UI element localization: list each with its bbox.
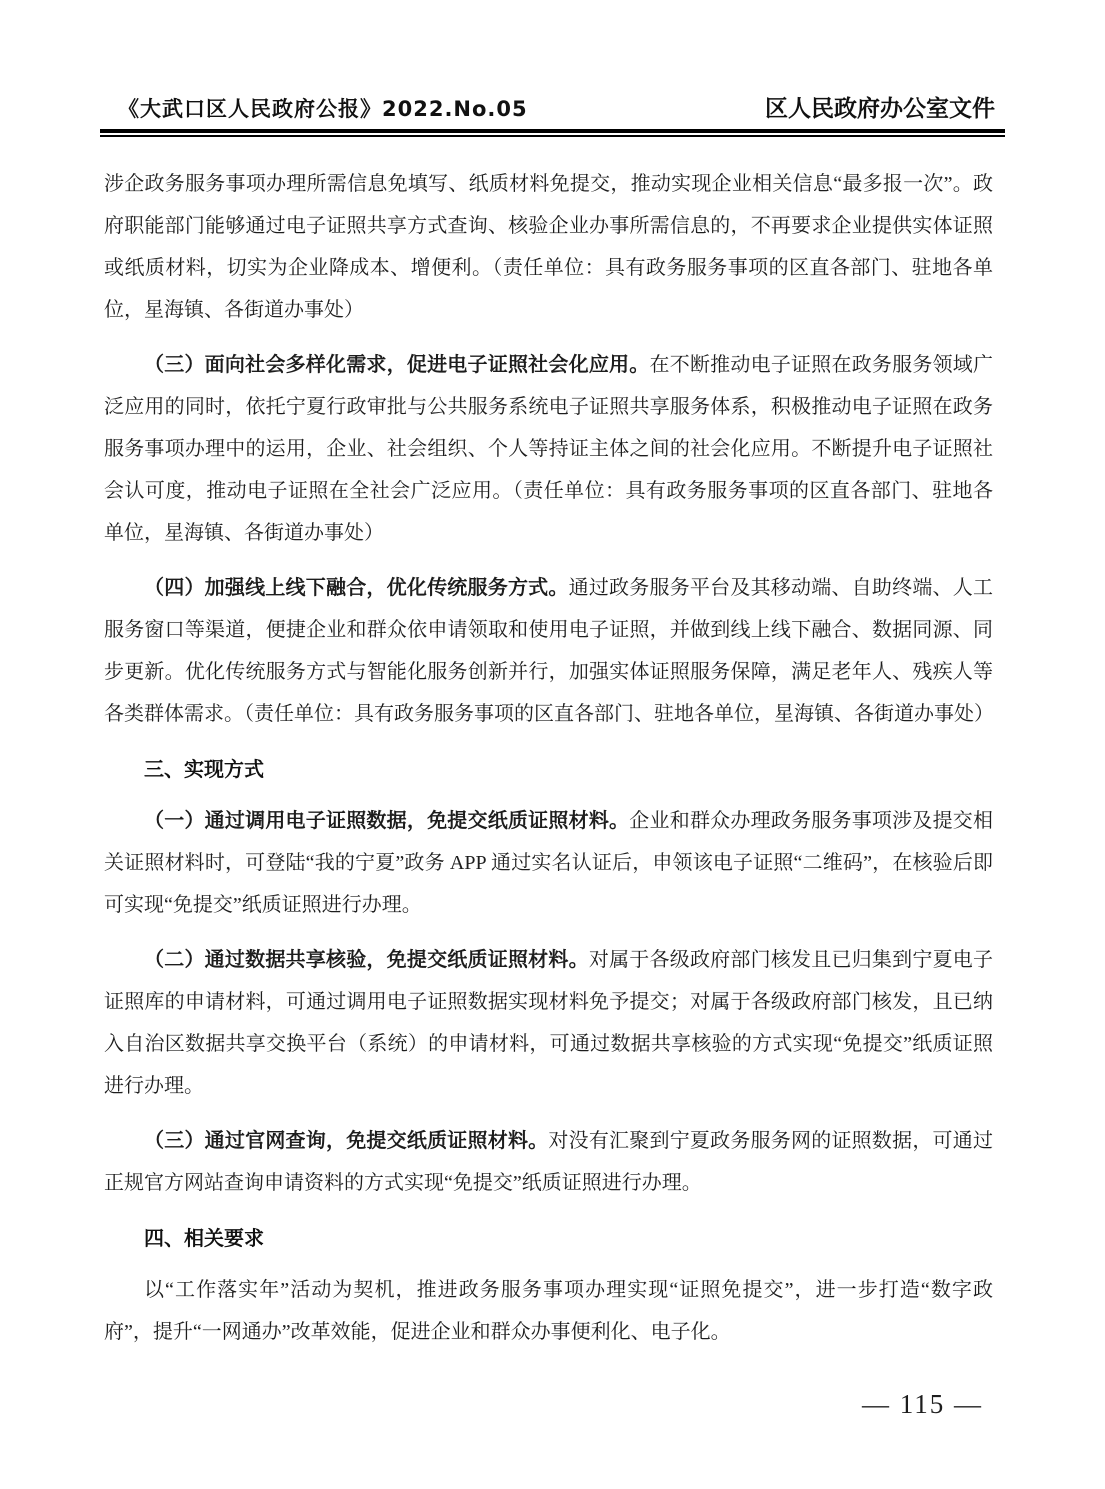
body-paragraph: （一）通过调用电子证照数据，免提交纸质证照材料。企业和群众办理政务服务事项涉及提… [104, 800, 993, 926]
section-heading-requirements: 四、相关要求 [104, 1217, 993, 1259]
paragraph-text: 以“工作落实年”活动为契机，推进政务服务事项办理实现“证照免提交”，进一步打造“… [104, 1279, 993, 1343]
document-page: 《大武口区人民政府公报》2022.No.05 区人民政府办公室文件 涉企政务服务… [0, 0, 1105, 1489]
body-paragraph: （二）通过数据共享核验，免提交纸质证照材料。对属于各级政府部门核发且已归集到宁夏… [104, 939, 993, 1107]
body-paragraph: 以“工作落实年”活动为契机，推进政务服务事项办理实现“证照免提交”，进一步打造“… [104, 1269, 993, 1353]
body-paragraph: 涉企政务服务事项办理所需信息免填写、纸质材料免提交，推动实现企业相关信息“最多报… [104, 163, 993, 331]
rule-thick-line [100, 129, 1005, 133]
body-paragraph: （三）面向社会多样化需求，促进电子证照社会化应用。在不断推动电子证照在政务服务领… [104, 344, 993, 554]
page-header: 《大武口区人民政府公报》2022.No.05 区人民政府办公室文件 [100, 0, 1005, 123]
office-document-label: 区人民政府办公室文件 [765, 90, 1005, 123]
paragraph-lead: （三）通过官网查询，免提交纸质证照材料。 [144, 1130, 548, 1152]
paragraph-text: 涉企政务服务事项办理所需信息免填写、纸质材料免提交，推动实现企业相关信息“最多报… [104, 173, 993, 321]
paragraph-lead: （四）加强线上线下融合，优化传统服务方式。 [144, 577, 569, 599]
body-paragraph: （三）通过官网查询，免提交纸质证照材料。对没有汇聚到宁夏政务服务网的证照数据，可… [104, 1120, 993, 1204]
paragraph-text: 对属于各级政府部门核发且已归集到宁夏电子证照库的申请材料，可通过调用电子证照数据… [104, 949, 993, 1097]
rule-thin-line [100, 135, 1005, 137]
page-footer: — 115 — [0, 1389, 983, 1420]
paragraph-lead: （二）通过数据共享核验，免提交纸质证照材料。 [144, 949, 589, 971]
document-body: 涉企政务服务事项办理所需信息免填写、纸质材料免提交，推动实现企业相关信息“最多报… [104, 163, 993, 1353]
section-heading-implementation: 三、实现方式 [104, 748, 993, 790]
header-double-rule [100, 129, 1005, 137]
paragraph-text: 通过政务服务平台及其移动端、自助终端、人工服务窗口等渠道，便捷企业和群众依申请领… [104, 577, 994, 725]
paragraph-lead: （三）面向社会多样化需求，促进电子证照社会化应用。 [144, 354, 650, 376]
paragraph-lead: （一）通过调用电子证照数据，免提交纸质证照材料。 [144, 810, 629, 832]
paragraph-text: 在不断推动电子证照在政务服务领域广泛应用的同时，依托宁夏行政审批与公共服务系统电… [104, 354, 993, 544]
gazette-title: 《大武口区人民政府公报》2022.No.05 [100, 93, 528, 123]
body-paragraph: （四）加强线上线下融合，优化传统服务方式。通过政务服务平台及其移动端、自助终端、… [104, 567, 993, 735]
page-number: — 115 — [862, 1389, 983, 1419]
